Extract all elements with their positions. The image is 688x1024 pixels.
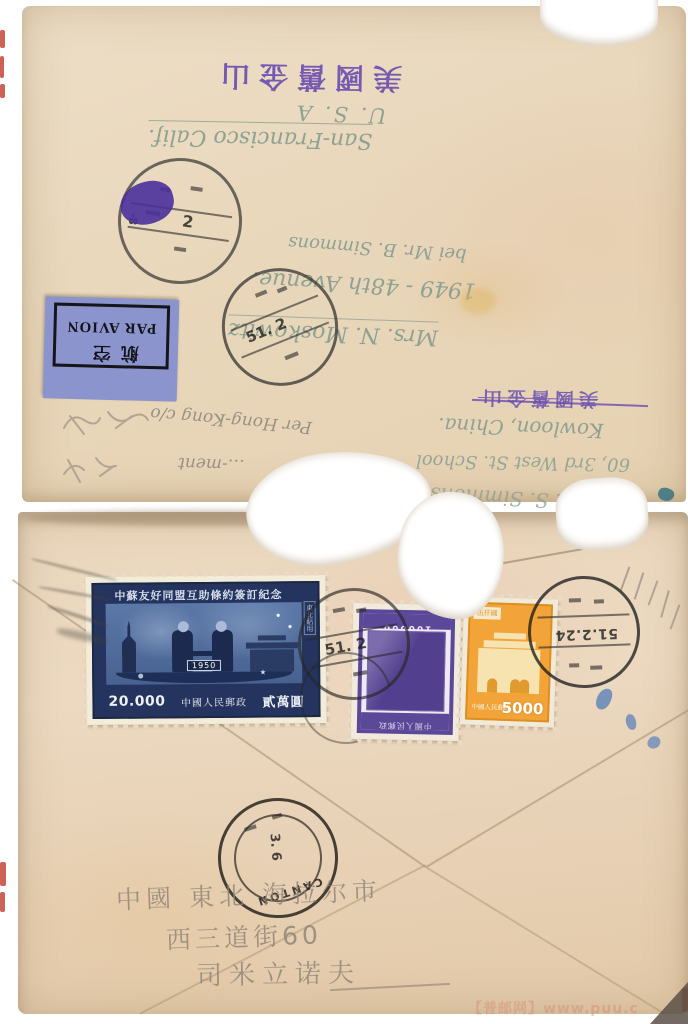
- postmark-date-digit: 2: [181, 212, 195, 232]
- tiananmen-gate: [250, 649, 294, 671]
- stamp-blue-frame: 中蘇友好同盟互助條約簽訂紀念 東北貼用 ★: [91, 581, 320, 719]
- postmark-cjk-mark: [333, 607, 346, 613]
- red-scan-mark: [0, 30, 5, 48]
- back-address-line-3: 司米立诺夫: [196, 953, 362, 993]
- pencil-scribble-cn-2: [56, 448, 126, 490]
- postmark-cjk-mark: [356, 607, 367, 613]
- stamp-blue-value-band: 20.000 中國人民郵政 貳萬圓: [104, 688, 308, 714]
- figure-mao-head: [216, 621, 227, 632]
- red-scan-mark: [0, 862, 6, 886]
- scanned-postal-cover: 美國舊金山 U. S. A San-Francisco Calif. 2 -8 …: [0, 0, 688, 1024]
- red-scan-mark: [0, 892, 5, 912]
- postmark-cjk-mark: [590, 666, 602, 670]
- postmark-cjk-mark: [277, 286, 288, 293]
- orange-gate-arch: [519, 679, 529, 693]
- stamp-blue-year: 1950: [187, 660, 221, 671]
- orange-gate-arch: [487, 678, 497, 692]
- airmail-text-cn: 航空: [56, 338, 167, 367]
- stamp-blue-title: 中蘇友好同盟互助條約簽訂紀念: [93, 586, 303, 604]
- hatch-line: [648, 580, 659, 605]
- gate-roof-upper: [258, 635, 286, 640]
- site-watermark: 【普邮网】www.puu.c: [468, 998, 639, 1018]
- postmark-cjk-mark: [569, 663, 579, 667]
- airmail-frame: 航空 PAR AVION: [53, 302, 171, 369]
- stamp-orange-value: 5000: [501, 699, 543, 718]
- postmark-band-line: [539, 643, 630, 648]
- postmark-date: 51.2.24: [555, 624, 618, 642]
- destination-chinese: 美國舊金山: [212, 56, 403, 100]
- back-address-line-2: 西三道街60: [165, 915, 322, 956]
- stamp-blue-sino-soviet: 中蘇友好同盟互助條約簽訂紀念 東北貼用 ★: [85, 575, 326, 725]
- postmark-cjk-mark: [173, 247, 185, 253]
- star-icon: ★: [260, 668, 266, 676]
- airmail-label: 航空 PAR AVION: [43, 296, 180, 401]
- pencil-scribble-cn-1: [56, 398, 156, 450]
- stamp-blue-issuer: 中國人民郵政: [181, 693, 247, 709]
- airmail-text-fr: PAR AVION: [56, 314, 167, 341]
- orange-gate: [477, 648, 540, 694]
- stamp-blue-value-cn: 貳萬圓: [262, 691, 304, 710]
- orange-gate-roof-upper: [494, 632, 526, 639]
- city-line: San-Francisco Calif.: [148, 120, 373, 153]
- hatch-line: [660, 590, 670, 617]
- hatch-line: [670, 604, 681, 629]
- hatch-marks: [620, 560, 686, 660]
- postmark-cjk-mark: [285, 351, 299, 360]
- hatch-line: [634, 572, 645, 599]
- postmark-cjk-mark: [594, 600, 604, 604]
- yellow-stain: [460, 288, 496, 314]
- postmark-band-line: [128, 226, 229, 242]
- stamp-blue-scene: ★ 1950: [106, 602, 303, 685]
- route-note-line-2: …-ment: [178, 453, 245, 475]
- boat-banner: ★: [116, 671, 292, 684]
- postmark-cjk-mark: [569, 598, 581, 602]
- sender-street-line: 60, 3rd West St. School: [416, 450, 630, 475]
- hatch-line: [620, 566, 631, 591]
- red-scan-mark: [0, 56, 4, 78]
- postmark-cjk-mark: [190, 186, 202, 192]
- tear-slot: [554, 475, 651, 553]
- figure-stalin-head: [178, 621, 189, 632]
- gate-roof: [246, 642, 298, 648]
- postmark-canton-date: 3. 6: [267, 833, 284, 862]
- postmark-cjk-mark: [255, 289, 268, 297]
- stamp-blue-value: 20.000: [108, 693, 165, 709]
- emblem-dot: [138, 674, 143, 679]
- kremlin-tower: [122, 621, 136, 673]
- postmark-band-line: [538, 614, 629, 619]
- red-scan-mark: [0, 84, 5, 98]
- handshake: [191, 651, 215, 656]
